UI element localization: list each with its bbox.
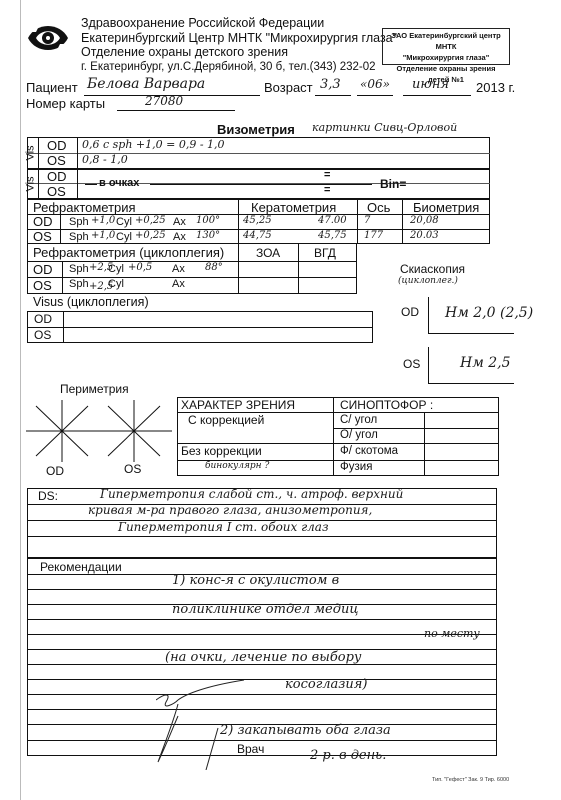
diagnosis-line-1: Гиперметропия слабой ст., ч. атроф. верх…	[100, 487, 403, 501]
eye-icon	[26, 20, 70, 56]
signature-scribble	[156, 680, 246, 770]
refr-os-sph: +1,0	[91, 230, 115, 241]
refr-od-k1: 45,25	[243, 215, 272, 226]
patient-label: Пациент	[26, 80, 78, 95]
refr-od-ax: 100°	[196, 215, 220, 226]
visus-od-label: OD	[34, 312, 52, 326]
without-correction-value: бинокулярн ?	[205, 461, 269, 471]
refr-od-sph: +1,0	[91, 215, 115, 226]
refractometry-title: Рефрактометрия	[33, 200, 136, 215]
skiascopy-os-value: Нм 2,5	[460, 355, 511, 371]
refr-os-ax-label: Ax	[173, 231, 186, 243]
refr-od-ax-label: Ax	[173, 216, 186, 228]
refr-od-cyl-label: Cyl	[116, 216, 132, 228]
refr-os-axis: 177	[364, 230, 383, 241]
cyclo-os-ax-label: Ax	[172, 278, 185, 290]
recommendation-line-2: поликлинике отдел медиц	[172, 602, 358, 617]
perimetry-title: Периметрия	[60, 382, 129, 396]
card-label: Номер карты	[26, 96, 105, 111]
synoptophore-scotoma: Ф/ скотома	[340, 445, 398, 457]
refr-od-sph-label: Sph	[69, 216, 89, 228]
recommendation-line-5: косоглазия)	[285, 677, 367, 692]
without-correction-label: Без коррекции	[181, 444, 262, 458]
header-line-2: Екатеринбургский Центр МНТК "Микрохирург…	[81, 31, 397, 46]
cyclo-os-sph-label: Sph	[69, 278, 89, 290]
cyclo-od-sph-label: Sph	[69, 263, 89, 275]
patient-name: Белова Варвара	[87, 76, 205, 92]
diagnosis-line-2: кривая м-ра правого глаза, анизометропия…	[88, 503, 372, 517]
age-label: Возраст	[264, 80, 313, 95]
skiascopy-od-label: OD	[401, 305, 419, 319]
axis-title: Ось	[367, 200, 390, 215]
refr-od-cyl: +0,25	[135, 215, 166, 226]
cyclo-od-cyl-label: Cyl	[108, 263, 124, 275]
skiascopy-os-label: OS	[403, 357, 420, 371]
stamp-line-1: ЗАО Екатеринбургский центр МНТК	[386, 30, 506, 52]
vgd-label: ВГД	[314, 246, 336, 260]
zoa-label: ЗОА	[256, 246, 280, 260]
vis-label-1: Vis	[25, 145, 37, 160]
refr-os-ax: 130°	[196, 230, 220, 241]
scan-edge	[20, 0, 21, 800]
recommendation-line-4: (на очки, лечение по выбору	[165, 650, 361, 665]
refr-os-label: OS	[33, 229, 52, 244]
header-line-3: Отделение охраны детского зрения	[81, 45, 397, 60]
synoptophore-fusion: Фузия	[340, 461, 372, 473]
refr-od-label: OD	[33, 214, 53, 229]
skiascopy-title: Скиаскопия	[400, 262, 465, 276]
cyclo-os-cyl-label: Cyl	[108, 278, 124, 290]
glasses-od-eq: =	[324, 169, 330, 181]
recommendations-label: Рекомендации	[40, 560, 122, 574]
vis-label-2: Vis	[25, 176, 37, 191]
vis-os-label: OS	[47, 153, 66, 168]
vis-od-value: 0,6 с sph +1,0 = 0,9 - 1,0	[82, 138, 225, 151]
recommendation-line-3: по месту	[424, 627, 480, 640]
glasses-label: в очках	[99, 177, 139, 189]
refr-os-cyl-label: Cyl	[116, 231, 132, 243]
synoptophore-obj-angle: О/ угол	[340, 429, 378, 441]
cyclo-od-cyl: +0,5	[128, 262, 152, 273]
institution-header: Здравоохранение Российской Федерации Ека…	[81, 16, 397, 74]
vis-od-label: OD	[47, 138, 67, 153]
vision-title: ХАРАКТЕР ЗРЕНИЯ	[181, 398, 295, 412]
date-month: июня	[412, 77, 449, 92]
biometry-title: Биометрия	[413, 200, 479, 215]
age-value: 3,3	[320, 77, 341, 92]
diagnosis-line-3: Гиперметропия I ст. обоих глаз	[118, 520, 329, 534]
refr-od-biometry: 20,08	[410, 215, 439, 226]
cyclo-os-label: OS	[33, 278, 52, 293]
cyclo-od-ax: 88°	[205, 262, 223, 273]
skiascopy-od-value: Нм 2,0 (2,5)	[445, 305, 533, 321]
refr-os-biometry: 20.03	[410, 230, 439, 241]
date-year: 2013 г.	[476, 80, 515, 95]
keratometry-title: Кератометрия	[251, 200, 336, 215]
refr-os-k2: 45,75	[318, 230, 347, 241]
refr-od-k2: 47.00	[318, 215, 347, 226]
recommendation-line-1: 1) конс-я с окулистом в	[172, 573, 339, 588]
synoptophore-title: СИНОПТОФОР :	[340, 398, 433, 412]
glasses-od-label: OD	[47, 169, 67, 184]
print-info: Тип. "Гефест" Зак. 9 Тир. 6000	[432, 777, 509, 783]
perimetry-od-chart	[26, 400, 98, 462]
with-correction-label: С коррекцией	[188, 413, 264, 427]
diagnosis-label: DS:	[38, 489, 58, 503]
vis-os-value: 0,8 - 1,0	[82, 153, 128, 166]
visometry-note: картинки Сивц-Орловой	[312, 121, 457, 134]
cyclo-od-label: OD	[33, 262, 53, 277]
refr-os-sph-label: Sph	[69, 231, 89, 243]
glasses-os-label: OS	[47, 184, 66, 199]
cyclo-refr-title: Рефрактометрия (циклоплегия)	[33, 245, 224, 260]
header-line-4: г. Екатеринбург, ул.С.Дерябиной, 30 б, т…	[81, 60, 397, 75]
recommendation-line-8: 2 р. в день.	[310, 748, 386, 763]
perimetry-os-chart	[98, 400, 172, 462]
cyclo-od-ax-label: Ax	[172, 263, 185, 275]
perimetry-od-label: OD	[46, 464, 64, 478]
skiascopy-subtitle: (циклоплег.)	[398, 276, 458, 286]
stamp-line-2: "Микрохирургия глаза"	[386, 52, 506, 63]
doctor-label: Врач	[237, 742, 264, 756]
date-day: «06»	[360, 77, 390, 91]
visus-cyclo-title: Visus (циклоплегия)	[33, 295, 149, 309]
perimetry-os-label: OS	[124, 462, 141, 476]
institution-stamp: ЗАО Екатеринбургский центр МНТК "Микрохи…	[382, 28, 510, 65]
visometry-title: Визометрия	[217, 122, 295, 137]
card-number: 27080	[145, 94, 183, 108]
visus-os-label: OS	[34, 328, 51, 342]
synoptophore-subj-angle: С/ угол	[340, 414, 377, 426]
refr-os-cyl: +0,25	[135, 230, 166, 241]
glasses-os-eq: =	[324, 184, 330, 196]
header-line-1: Здравоохранение Российской Федерации	[81, 16, 397, 31]
bin-label: Bin=	[380, 177, 406, 191]
refr-od-axis: 7	[364, 215, 370, 226]
refr-os-k1: 44,75	[243, 230, 272, 241]
